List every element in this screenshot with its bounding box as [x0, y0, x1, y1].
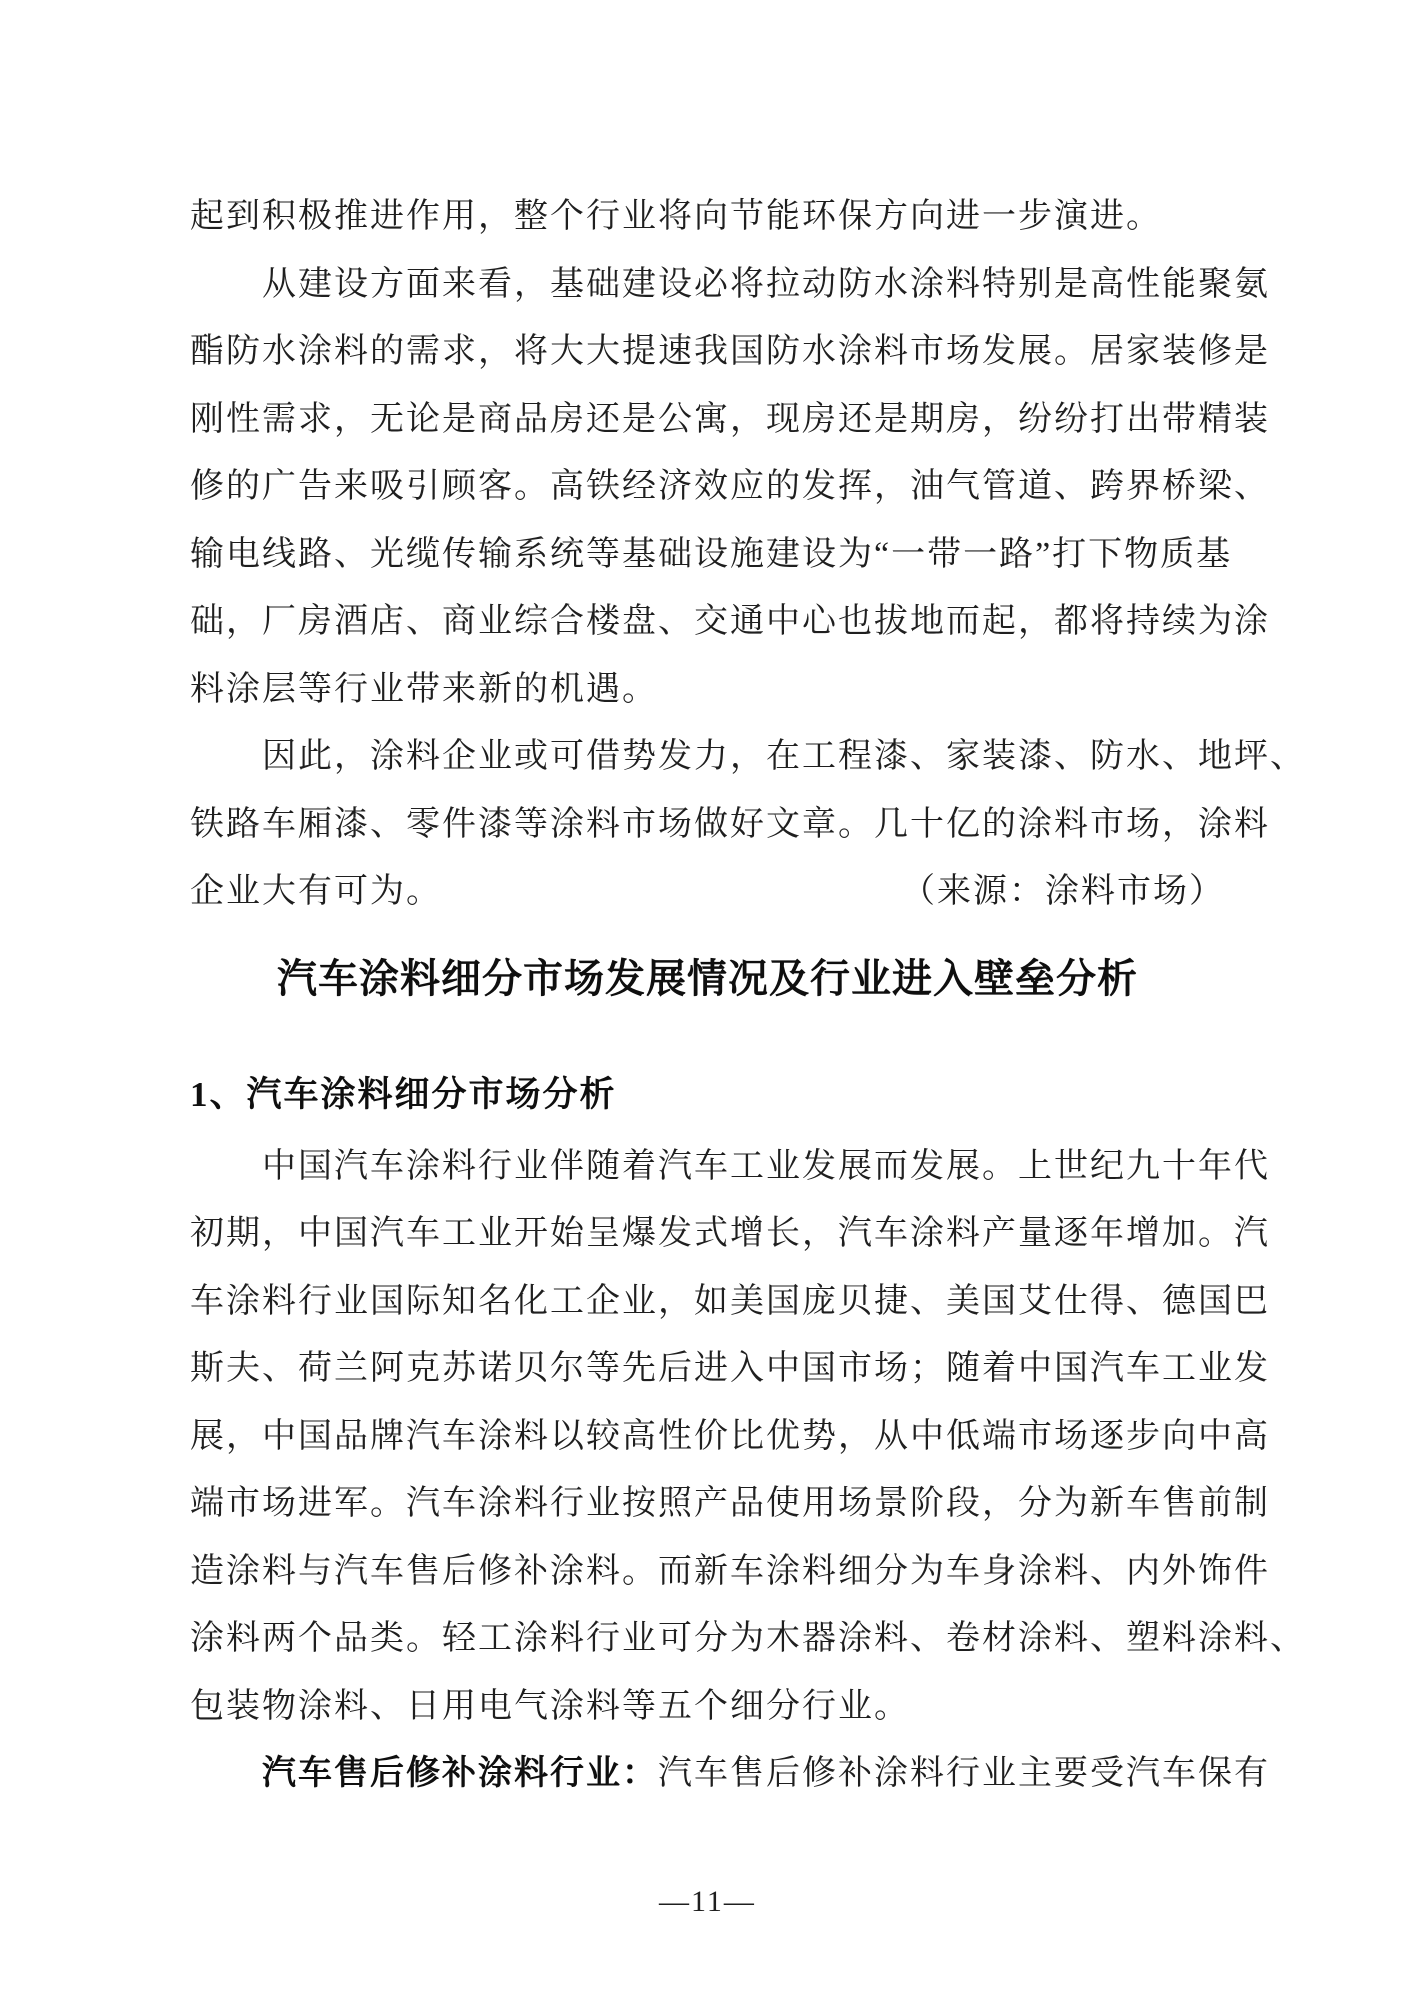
body-text-line: 铁路车厢漆、零件漆等涂料市场做好文章。几十亿的涂料市场，涂料 — [190, 791, 1225, 859]
text-column: 起到积极推进作用，整个行业将向节能环保方向进一步演进。 从建设方面来看，基础建设… — [190, 183, 1225, 1808]
refinish-paragraph-lead: 汽车售后修补涂料行业： — [262, 1755, 658, 1792]
body-text-line: 斯夫、荷兰阿克苏诺贝尔等先后进入中国市场；随着中国汽车工业发 — [190, 1335, 1225, 1403]
body-text-line: 料涂层等行业带来新的机遇。 — [190, 656, 1225, 724]
body-text-line: 初期，中国汽车工业开始呈爆发式增长，汽车涂料产量逐年增加。汽 — [190, 1200, 1225, 1268]
body-text-line: 修的广告来吸引顾客。高铁经济效应的发挥，油气管道、跨界桥梁、 — [190, 453, 1225, 521]
body-text-line: 刚性需求，无论是商品房还是公寓，现房还是期房，纷纷打出带精装 — [190, 386, 1225, 454]
body-text-line: 输电线路、光缆传输系统等基础设施建设为“一带一路”打下物质基 — [190, 521, 1225, 589]
refinish-paragraph-text: 汽车售后修补涂料行业主要受汽车保有 — [658, 1755, 1270, 1792]
body-text-line: 车涂料行业国际知名化工企业，如美国庞贝捷、美国艾仕得、德国巴 — [190, 1268, 1225, 1336]
document-page: 起到积极推进作用，整个行业将向节能环保方向进一步演进。 从建设方面来看，基础建设… — [0, 0, 1415, 2000]
body-text-line: 从建设方面来看，基础建设必将拉动防水涂料特别是高性能聚氨 — [190, 251, 1225, 319]
body-text-line: 酯防水涂料的需求，将大大提速我国防水涂料市场发展。居家装修是 — [190, 318, 1225, 386]
body-text-line: 汽车售后修补涂料行业：汽车售后修补涂料行业主要受汽车保有 — [190, 1740, 1225, 1808]
article-title: 汽车涂料细分市场发展情况及行业进入壁垒分析 — [190, 944, 1225, 1014]
body-text-line: 涂料两个品类。轻工涂料行业可分为木器涂料、卷材涂料、塑料涂料、 — [190, 1605, 1225, 1673]
body-text-line: 础，厂房酒店、商业综合楼盘、交通中心也拔地而起，都将持续为涂 — [190, 588, 1225, 656]
body-text-line: 造涂料与汽车售后修补涂料。而新车涂料细分为车身涂料、内外饰件 — [190, 1538, 1225, 1606]
body-text-line: 因此，涂料企业或可借势发力，在工程漆、家装漆、防水、地坪、 — [190, 723, 1225, 791]
body-text-line: 展，中国品牌汽车涂料以较高性价比优势，从中低端市场逐步向中高 — [190, 1403, 1225, 1471]
page-number: —11— — [0, 1885, 1415, 1919]
body-text-line: 中国汽车涂料行业伴随着汽车工业发展而发展。上世纪九十年代 — [190, 1133, 1225, 1201]
body-text-line: 包装物涂料、日用电气涂料等五个细分行业。 — [190, 1673, 1225, 1741]
source-attribution: （来源：涂料市场） — [901, 858, 1225, 926]
section-heading: 1、汽车涂料细分市场分析 — [190, 1069, 1225, 1121]
paragraph-end-text: 企业大有可为。 — [190, 858, 442, 926]
body-text-line: 端市场进军。汽车涂料行业按照产品使用场景阶段，分为新车售前制 — [190, 1470, 1225, 1538]
body-text-line: 起到积极推进作用，整个行业将向节能环保方向进一步演进。 — [190, 183, 1225, 251]
body-text-line: 企业大有可为。 （来源：涂料市场） — [190, 858, 1225, 926]
